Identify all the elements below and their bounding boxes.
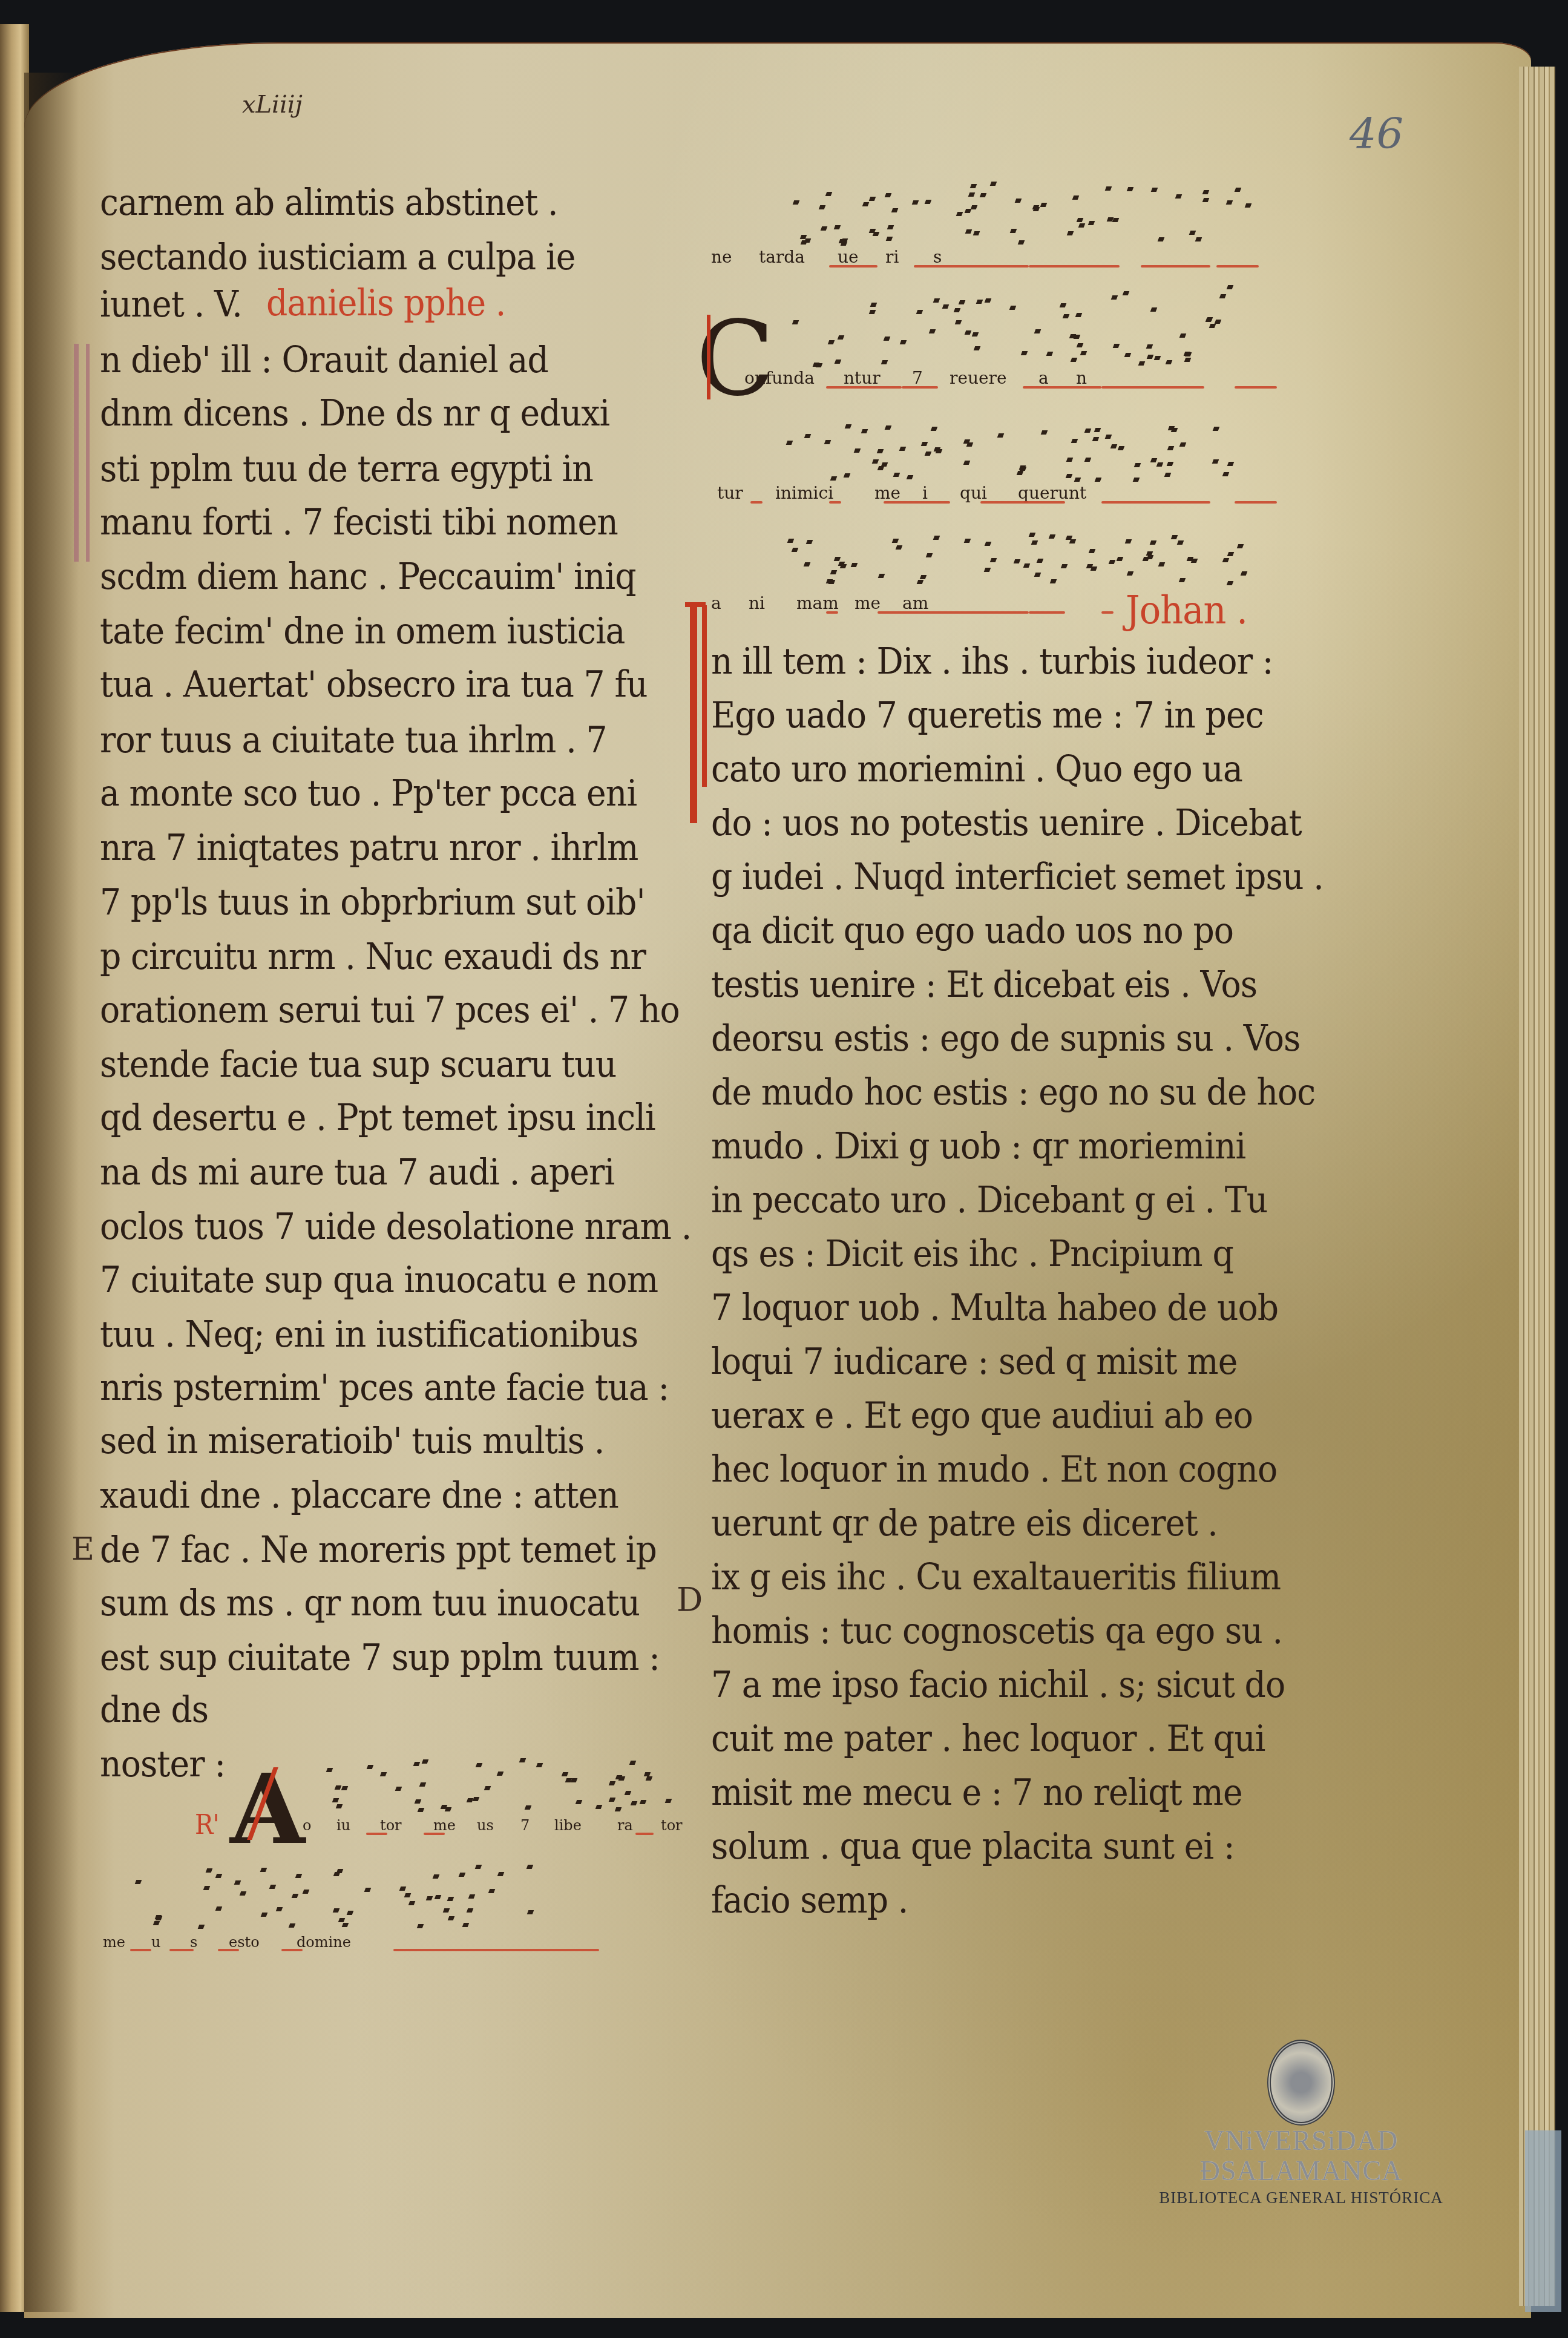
left-text-line: tua . Auertat' obsecro ira tua 7 fu — [100, 663, 648, 706]
left-text-line: noster : — [100, 1743, 225, 1785]
chant-syllable: querunt — [1018, 483, 1086, 503]
left-text-line: manu forti . 7 fecisti tibi nomen — [100, 501, 618, 543]
left-text-line: ror tuus a ciuitate tua ihrlm . 7 — [100, 719, 607, 761]
left-text-line: a monte sco tuo . Pp'ter pcca eni — [100, 772, 637, 815]
initial-bar-violet-2 — [86, 344, 90, 562]
staff-red-line — [829, 501, 841, 504]
library-watermark: VNiVERSiDAD ÐSALAMANCA BIBLIOTECA GENERA… — [1132, 2040, 1471, 2207]
left-text-line: dne ds — [100, 1689, 208, 1731]
chant-syllable: ntur — [844, 368, 881, 388]
right-text-line: facio semp . — [711, 1879, 908, 1922]
left-text-line: p circuitu nrm . Nuc exaudi ds nr — [100, 936, 646, 978]
chant-syllable: s — [933, 247, 942, 267]
left-text-line: 7 ciuitate sup qua inuocatu e nom — [100, 1259, 658, 1301]
right-text-line: uerunt qr de patre eis diceret . — [711, 1502, 1218, 1545]
right-text-line: cato uro moriemini . Quo ego ua — [711, 748, 1242, 790]
chant-syllable: a — [1038, 368, 1049, 388]
chant-syllable: am — [902, 593, 928, 613]
left-text-line: sti pplm tuu de terra egypti in — [100, 448, 593, 490]
staff-red-line — [218, 1949, 239, 1951]
staff-red-line — [1216, 265, 1259, 268]
right-text-line: misit me mecu e : 7 no reliqt me — [711, 1772, 1242, 1814]
chant-syllable: ue — [838, 247, 859, 267]
left-text-line: orationem serui tui 7 pces ei' . 7 ho — [100, 989, 680, 1031]
gutter-shadow — [24, 73, 79, 2312]
staff-red-line — [980, 501, 1065, 504]
chant-syllable: ni — [749, 593, 765, 613]
chant-syllable: libe — [554, 1817, 582, 1834]
staff-red-line — [169, 1949, 194, 1951]
staff-red-line — [1235, 386, 1277, 389]
staff-red-line — [1141, 265, 1210, 268]
left-text-line: iunet . V. — [100, 283, 242, 326]
chant-syllable: domine — [297, 1934, 351, 1951]
running-header: xLiiij — [242, 91, 303, 119]
right-text-line: n ill tem : Dix . ihs . turbis iudeor : — [711, 640, 1273, 683]
staff-red-line — [130, 1949, 151, 1951]
initial-bar-violet — [74, 344, 79, 562]
chant-syllable: tor — [661, 1817, 683, 1834]
right-text-line: do : uos no potestis uenire . Dicebat — [711, 802, 1302, 844]
staff-red-line — [1029, 611, 1065, 614]
chant-syllable: mam — [796, 593, 839, 613]
logo-line-1: VNiVERSiDAD — [1132, 2126, 1471, 2156]
staff-red-line — [366, 1833, 387, 1835]
chant-syllable: inimici — [775, 483, 833, 503]
chant-syllable: a — [711, 593, 721, 613]
fore-edge-pages — [1519, 67, 1555, 2306]
right-text-line: qa dicit quo ego uado uos no po — [711, 910, 1233, 952]
staff-red-line — [1029, 265, 1120, 268]
logo-line-3: BIBLIOTECA GENERAL HISTÓRICA — [1132, 2189, 1471, 2207]
right-text-line: qs es : Dicit eis ihc . Pncipium q — [711, 1233, 1233, 1275]
chant-syllable: n — [1076, 368, 1087, 388]
left-text-line: sum ds ms . qr nom tuu inuocatu — [100, 1582, 640, 1624]
staff-red-line — [281, 1949, 303, 1951]
right-text-line: in peccato uro . Dicebant g ei . Tu — [711, 1179, 1267, 1221]
staff-red-line — [826, 386, 902, 389]
decorated-initial-a: A — [230, 1752, 305, 1866]
folio-number: 46 — [1350, 109, 1403, 159]
chant-syllable: o — [303, 1817, 311, 1834]
chant-syllable: us — [477, 1817, 494, 1834]
chant-syllable: ri — [885, 247, 899, 267]
staff-red-line — [829, 265, 877, 268]
left-text-line: nra 7 iniqtates patru nror . ihrlm — [100, 827, 638, 869]
staff-red-line — [1023, 386, 1101, 389]
left-text-line: 7 pp'ls tuus in obprbrium sut oib' — [100, 881, 645, 924]
left-text-line: de 7 fac . Ne moreris ppt temet ip — [100, 1529, 657, 1571]
rubric-title-daniel: danielis pphe . — [266, 282, 505, 324]
chant-syllable: me — [874, 483, 900, 503]
left-text-line: qd desertu e . Ppt temet ipsu incli — [100, 1097, 655, 1139]
right-text-line: g iudei . Nuqd interficiet semet ipsu . — [711, 856, 1324, 898]
initial-i-stem-2 — [702, 605, 707, 787]
staff-red-line — [1101, 386, 1204, 389]
chant-syllable: me — [433, 1817, 456, 1834]
right-text-line: cuit me pater . hec loquor . Et qui — [711, 1718, 1265, 1760]
left-text-line: est sup ciuitate 7 sup pplm tuum : — [100, 1637, 660, 1679]
chant-syllable: tur — [717, 483, 743, 503]
chant-syllable: reuere — [950, 368, 1007, 388]
right-text-line: Ego uado 7 queretis me : 7 in pec — [711, 694, 1264, 737]
staff-red-line — [902, 386, 938, 389]
chant-syllable: 7 — [520, 1817, 530, 1834]
left-text-line: n dieb' ill : Orauit daniel ad — [100, 339, 548, 381]
right-text-line: 7 loquor uob . Multa habeo de uob — [711, 1287, 1278, 1329]
staff-red-line — [635, 1833, 654, 1835]
left-text-line: tuu . Neq; eni in iustificationibus — [100, 1313, 638, 1356]
responsory-mark: R' — [195, 1810, 219, 1841]
right-text-line: homis : tuc cognoscetis qa ego su . — [711, 1610, 1282, 1652]
rubric-title-johan: Johan . — [1126, 588, 1247, 633]
staff-red-line — [877, 611, 1029, 614]
left-text-line: scdm diem hanc . Peccauim' iniq — [100, 556, 636, 598]
left-text-line: carnem ab alimtis abstinet . — [100, 182, 558, 224]
chant-syllable: s — [190, 1934, 197, 1951]
right-text-line: de mudo hoc estis : ego no su de hoc — [711, 1071, 1315, 1114]
left-text-line: sectando iusticiam a culpa ie — [100, 236, 575, 278]
right-text-line: ix g eis ihc . Cu exaltaueritis filium — [711, 1556, 1281, 1598]
right-text-line: 7 a me ipso facio nichil . s; sicut do — [711, 1664, 1285, 1706]
staff-red-line — [1101, 501, 1210, 504]
right-text-line: hec loquor in mudo . Et non cogno — [711, 1448, 1277, 1491]
right-text-line: loqui 7 iudicare : sed q misit me — [711, 1341, 1238, 1383]
staff-red-line — [393, 1949, 599, 1951]
right-text-line: solum . qua que placita sunt ei : — [711, 1825, 1235, 1868]
staff-red-line — [424, 1833, 445, 1835]
staff-red-line — [750, 501, 763, 504]
staff-red-line — [914, 265, 1029, 268]
logo-line-2: ÐSALAMANCA — [1132, 2156, 1471, 2186]
chant-syllable: onfunda — [744, 368, 815, 388]
chant-syllable: 7 — [912, 368, 923, 388]
left-text-line: stende facie tua sup scuaru tuu — [100, 1043, 616, 1086]
left-text-line: xaudi dne . placcare dne : atten — [100, 1474, 618, 1517]
chant-initial-red — [707, 315, 710, 399]
university-seal-icon — [1267, 2040, 1335, 2126]
left-text-line: tate fecim' dne in omem iusticia — [100, 610, 625, 652]
chant-syllable: i — [922, 483, 928, 503]
margin-initial-e: E — [71, 1531, 94, 1568]
chant-syllable: tarda — [759, 247, 805, 267]
left-text-line: nris psternim' pces ante facie tua : — [100, 1367, 669, 1409]
chant-syllable: iu — [336, 1817, 350, 1834]
chant-syllable: u — [151, 1934, 160, 1951]
staff-red-line — [826, 611, 838, 614]
staff-red-line — [1101, 611, 1114, 614]
left-text-line: na ds mi aure tua 7 audi . aperi — [100, 1151, 614, 1194]
chant-syllable: me — [855, 593, 881, 613]
staff-red-line — [1235, 501, 1277, 504]
left-text-line: dnm dicens . Dne ds nr q eduxi — [100, 392, 609, 435]
initial-i-stem — [690, 605, 697, 823]
chant-syllable: ra — [617, 1817, 633, 1834]
left-text-line: sed in miseratioib' tuis multis . — [100, 1420, 604, 1462]
right-text-line: deorsu estis : ego de supnis su . Vos — [711, 1017, 1300, 1060]
chant-syllable: tor — [380, 1817, 402, 1834]
support-paper — [1525, 2130, 1561, 2312]
staff-red-line — [884, 501, 950, 504]
right-text-line: testis uenire : Et dicebat eis . Vos — [711, 964, 1257, 1006]
margin-initial-d: D — [677, 1581, 703, 1619]
chant-syllable: qui — [960, 483, 987, 503]
right-text-line: mudo . Dixi g uob : qr moriemini — [711, 1125, 1245, 1167]
chant-syllable: esto — [229, 1934, 260, 1951]
left-text-line: oclos tuos 7 uide desolatione nram . — [100, 1206, 691, 1248]
chant-syllable: me — [103, 1934, 125, 1951]
chant-syllable: ne — [711, 247, 732, 267]
right-text-line: uerax e . Et ego que audiui ab eo — [711, 1394, 1253, 1437]
